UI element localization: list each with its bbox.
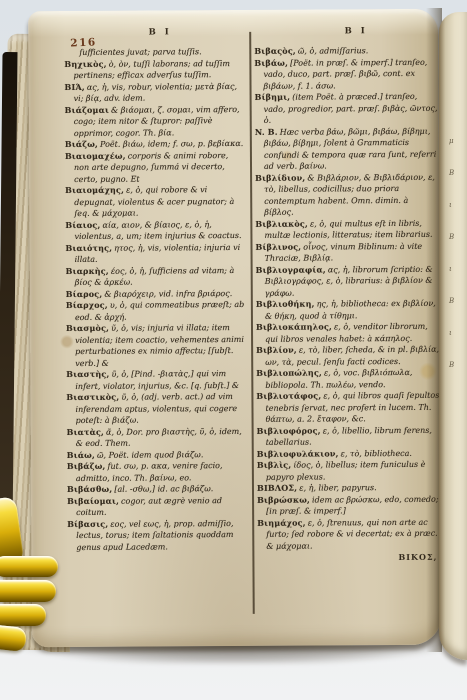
- text-fragment: Β: [449, 361, 454, 369]
- entry-headword: Βιαστικὸς,: [66, 392, 119, 402]
- right-column-entries: Βιβαςὸς,ῶ, ὁ, admiſſarius.Βιβάω,[Poët. i…: [254, 45, 441, 552]
- dictionary-entry: Βιβάω,[Poët. in præſ. & imperf.] tranſeo…: [254, 56, 438, 92]
- gold-clip-bar: [0, 604, 46, 626]
- dictionary-entry: Βιάζω,Poët. βιάω, idem; f. σω, p. βεβίακ…: [65, 138, 245, 151]
- entry-headword: Βιβλιοθήκη,: [256, 299, 315, 309]
- entry-headword: Βιβαίομαι,: [67, 495, 119, 505]
- gold-clip-bar: [0, 556, 58, 577]
- book-photo-scene: 216 B I B I ſufficientes juvat; parva tu…: [0, 0, 467, 700]
- entry-headword: Βιβάσθω,: [67, 484, 112, 494]
- dictionary-entry: Βίαρχος,υ, ὁ, qui commeatibus præeſt; ab…: [66, 299, 246, 323]
- text-fragment: ι: [449, 329, 454, 337]
- entry-headword: Βίβλινος,: [255, 241, 301, 251]
- entry-headword: Βιαρκὴς,: [66, 265, 109, 275]
- text-fragment: Β: [449, 233, 454, 241]
- catchword: ΒΙΚΟΣ,: [257, 552, 441, 563]
- entry-headword: Βιβάω,: [254, 57, 288, 67]
- entry-headword: Βίαρος,: [66, 288, 103, 298]
- dictionary-entry: Βιασμὸς,ῦ, ὁ, vis; injuria vi illata; it…: [66, 322, 246, 369]
- entry-headword: Βιάω,: [67, 449, 95, 459]
- dictionary-entry: Βιβλιοπώλης,ε, ὁ, voc. βιβλιόπωλα, bibli…: [256, 367, 440, 391]
- text-columns: ſufficientes juvat; parva tuſſis.Βηχικὸς…: [64, 45, 441, 564]
- dictionary-entry: Βιβάζω,fut. σω, p. ακα, venire facio, ad…: [67, 460, 247, 484]
- dictionary-entry: Βίβημι,(item Poët. à præced.] tranſeo, v…: [255, 91, 439, 127]
- gold-clip-bar: [0, 580, 56, 602]
- dictionary-entry: Βιβλιοτάφος,ε, ὁ, qui libros quaſi ſepul…: [256, 390, 440, 426]
- entry-headword: Βίαιος,: [65, 219, 100, 229]
- dictionary-entry: ΒΙΆ,ας, ἡ, vis, robur, violentia; μετὰ β…: [64, 80, 244, 104]
- dictionary-entry: Βιάζομαι& βιάομαι, ζ. σομαι, vim affero,…: [65, 103, 245, 139]
- dictionary-entry: Βιαιότης,ητος, ἡ, vis, violentia; injuri…: [65, 241, 245, 265]
- entry-headword: Βιασμὸς,: [66, 323, 109, 333]
- dictionary-entry: Βιαιομαχέω,corporis & animi robore, non …: [65, 149, 245, 185]
- entry-headword: Βιαιομάχης,: [65, 185, 124, 195]
- dictionary-entry: Βιαστὴς,ῦ, ὁ, [Pind. -βιατὰς,] qui vim i…: [66, 368, 246, 392]
- entry-headword: Βιβρώσκω,: [257, 494, 310, 504]
- dictionary-entry: Βιβλίον,ε, τὸ, liber, ſcheda, & in pl. β…: [256, 344, 440, 368]
- entry-body: ε, ἡ, liber, papyrus.: [299, 483, 376, 492]
- dictionary-entry: Βιημάχος,ε, ὁ, ſtrenuus, qui non arte ac…: [257, 516, 441, 552]
- entry-body: Poët. βιάω, idem; f. σω, p. βεβίακα.: [100, 139, 243, 149]
- entry-headword: Βιβλιοφυλάκιον,: [257, 448, 339, 458]
- gold-clip-foot: [0, 624, 27, 652]
- text-fragment: Β: [449, 297, 454, 305]
- entry-headword: Βιαιομαχέω,: [65, 150, 126, 160]
- dictionary-entry: Βιαρκὴς,έος, ὁ, ἡ, ſufficiens ad vitam; …: [66, 264, 246, 288]
- dictionary-entry: Βιαστικὸς,ῦ, ὁ, (adj. verb. act.) ad vim…: [66, 391, 246, 427]
- entry-headword: Βιβλιακὸς,: [255, 218, 308, 228]
- entry-headword: Βιβλὶς,: [257, 460, 292, 470]
- entry-body: ε, τὸ, bibliotheca.: [341, 448, 412, 457]
- dictionary-entry: Βιβλιοθήκη,ης, ἡ, bibliotheca: ex βιβλίο…: [256, 298, 440, 322]
- text-fragment: ι: [449, 201, 454, 209]
- text-fragment: ι: [449, 265, 454, 273]
- running-head-left: B I: [120, 27, 200, 37]
- dictionary-entry: N. B.Hæc verba βάω, βῶμι, βιβάω, βίβημι,…: [255, 125, 439, 172]
- entry-body: ας, ἡ, vis, robur, violentia; μετὰ βίας,…: [74, 81, 238, 102]
- entry-headword: Βιβλιοπώλης,: [256, 367, 322, 377]
- entry-body: [al. -σθω,] id. ac βιβάζω.: [114, 484, 213, 494]
- book-page: 216 B I B I ſufficientes juvat; parva tu…: [28, 9, 442, 647]
- dictionary-entry: Βιατὰς,ᾶ, ὁ, Dor. pro βιαστὴς, ῦ, ὁ, ide…: [67, 425, 247, 449]
- entry-body: ῶ, Poët. idem quod βιάζω.: [97, 450, 203, 460]
- entry-body: ſufficientes juvat; parva tuſſis.: [79, 47, 201, 57]
- dictionary-entry: Βιβλιακὸς,ε, ὁ, qui multus eſt in libris…: [255, 217, 439, 241]
- entry-body: Hæc verba βάω, βῶμι, βιβάω, βίβημι, βιβά…: [264, 126, 436, 171]
- entry-headword: N. B.: [255, 126, 278, 136]
- dictionary-entry: Βίβλινος,οἶνος, vinum Biblinum: à vite T…: [255, 240, 439, 264]
- left-column: ſufficientes juvat; parva tuſſis.Βηχικὸς…: [64, 46, 247, 564]
- entry-body: & βιαρόχειρ, vid. infra βριάρος.: [104, 289, 232, 299]
- entry-headword: Βιάζω,: [65, 139, 98, 149]
- entry-headword: Βιβλιοτάφος,: [256, 390, 321, 400]
- dictionary-entry: Βιβλίδιον,& Βιβλάριον, & Βιβλιδάριον, ε,…: [255, 171, 439, 218]
- dictionary-entry: Βηχικὸς,ὸ, ὸν, tuſſi laborans; ad tuſſim…: [64, 57, 244, 81]
- entry-headword: Βιαστὴς,: [66, 369, 109, 379]
- entry-headword: Βιατὰς,: [67, 426, 104, 436]
- dictionary-entry: Βιβλὶς,ίδος, ὁ, libellus; item funiculus…: [257, 459, 441, 483]
- text-fragment: μ: [449, 137, 454, 145]
- facing-page-curl: μΒιΒιΒιΒ: [439, 12, 467, 660]
- running-head-right: B I: [316, 26, 396, 36]
- entry-headword: Βηχικὸς,: [64, 58, 106, 68]
- dictionary-entry: Βιβαίομαι,cogor, aut ægrè venio ad coitu…: [67, 494, 247, 518]
- dictionary-entry: Βιβρώσκω,idem ac βρώσκω, edo, comedo; [i…: [257, 493, 441, 517]
- entry-headword: ΒΙΒΛΟΣ,: [257, 483, 297, 493]
- dictionary-entry: Βιβλιογραφία,ας, ἡ, librorum ſcriptio: &…: [256, 263, 440, 299]
- entry-headword: Βιβλιοκάπηλος,: [256, 321, 332, 331]
- entry-headword: Βιβλίδιον,: [255, 172, 305, 182]
- entry-headword: Βιβαςὸς,: [254, 46, 296, 56]
- entry-headword: Βίαρχος,: [66, 300, 108, 310]
- entry-headword: ΒΙΆ,: [64, 81, 84, 91]
- entry-headword: Βιβλίον,: [256, 345, 297, 355]
- entry-headword: Βιάζομαι: [65, 104, 109, 114]
- entry-headword: Βιβλιοφόρος,: [257, 425, 321, 435]
- facing-page-text-fragments: μΒιΒιΒιΒ: [449, 137, 454, 369]
- dictionary-entry: Βίαιος,αία, αιον, & βίαιος, ε, ὁ, ἡ, vio…: [65, 218, 245, 242]
- dictionary-entry: Βίβασις,εος, vel εως, ἡ, prop. admiſſio,…: [67, 517, 247, 553]
- gold-clip: [0, 496, 70, 652]
- dictionary-entry: Βιβλιοκάπηλος,ε, ὁ, venditor librorum, q…: [256, 321, 440, 345]
- entry-headword: Βίβημι,: [255, 92, 291, 102]
- entry-body: ῶ, ὁ, admiſſarius.: [298, 46, 368, 55]
- entry-headword: Βίβασις,: [67, 518, 108, 528]
- text-fragment: Β: [449, 169, 454, 177]
- entry-headword: Βιαιότης,: [65, 242, 112, 252]
- dictionary-entry: Βιαιομάχης,ε, ὁ, qui robore & vi depugna…: [65, 184, 245, 220]
- entry-headword: Βιημάχος,: [257, 517, 306, 527]
- right-column: Βιβαςὸς,ῶ, ὁ, admiſſarius.Βιβάω,[Poët. i…: [254, 45, 441, 563]
- entry-headword: Βιβάζω,: [67, 461, 106, 471]
- dictionary-entry: Βιβλιοφόρος,ε, ὁ, libellio, librum feren…: [257, 424, 441, 448]
- entry-headword: Βιβλιογραφία,: [256, 264, 326, 274]
